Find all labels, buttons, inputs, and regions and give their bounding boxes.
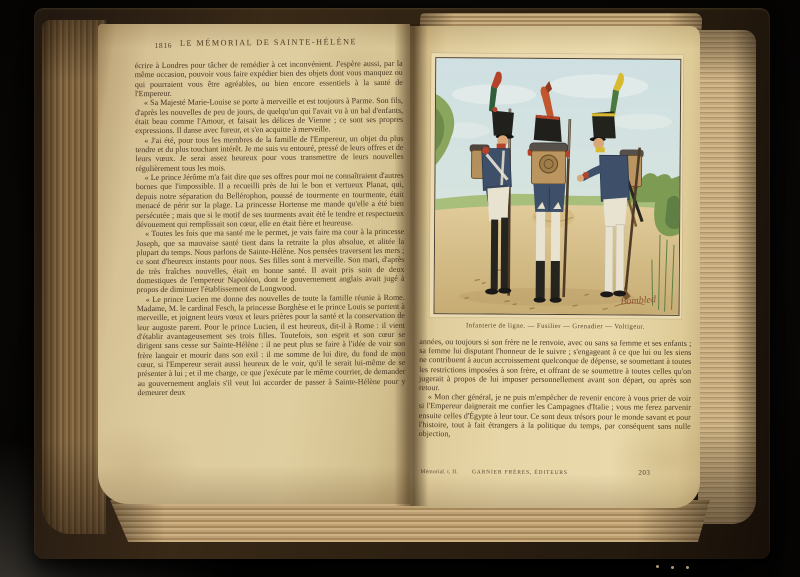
dust-specks [656,563,700,571]
photo-background: 1816 LE MÉMORIAL DE SAINTE-HÉLÈNE écrire… [0,0,800,577]
right-page-content: Bombled Infanterie de ligne. — Fusilier … [419,51,694,440]
illustration-plate: Bombled [429,53,683,319]
page-number: 203 [638,469,650,477]
left-page-paragraph: « Sa Majesté Marie-Louise se porte à mer… [135,96,403,136]
left-page-paragraph: « Toutes les fois que ma santé me le per… [136,227,405,295]
soldiers-illustration: Bombled [434,57,682,316]
book-gutter-shadow [394,24,428,506]
running-head: 1816 LE MÉMORIAL DE SAINTE-HÉLÈNE [134,37,402,52]
left-page-text: écrire à Londres pour tâcher de remédier… [135,59,406,398]
page-block-edge-left [42,20,106,534]
running-head-folio: 1816 [154,41,172,50]
left-page-content: 1816 LE MÉMORIAL DE SAINTE-HÉLÈNE écrire… [134,37,405,398]
illustration-caption: Infanterie de ligne. — Fusilier — Grenad… [419,322,691,331]
left-page-paragraph: écrire à Londres pour tâcher de remédier… [135,59,403,99]
right-page-text: années, ou toujours si son frère ne le r… [419,337,692,440]
right-page-paragraph: années, ou toujours si son frère ne le r… [419,337,691,394]
illustration-signature: Bombled [620,294,657,307]
left-page: 1816 LE MÉMORIAL DE SAINTE-HÉLÈNE écrire… [98,24,410,504]
left-page-paragraph: « Le prince Jérôme m'a fait dire que ses… [136,171,404,229]
page-block-edge-right [698,30,756,524]
publisher-imprint: GARNIER FRÈRES, ÉDITEURS [472,469,568,476]
page-footer: Mémorial. t. II. GARNIER FRÈRES, ÉDITEUR… [420,467,690,477]
left-page-paragraph: « Le prince Lucien me donne des nouvelle… [137,292,406,397]
right-page: Bombled Infanterie de ligne. — Fusilier … [410,26,700,508]
right-page-paragraph: « Mon cher général, je ne puis m'empêche… [419,392,691,440]
running-head-title: LE MÉMORIAL DE SAINTE-HÉLÈNE [134,37,402,48]
left-page-paragraph: « J'ai été, pour tous les membres de la … [135,134,403,174]
